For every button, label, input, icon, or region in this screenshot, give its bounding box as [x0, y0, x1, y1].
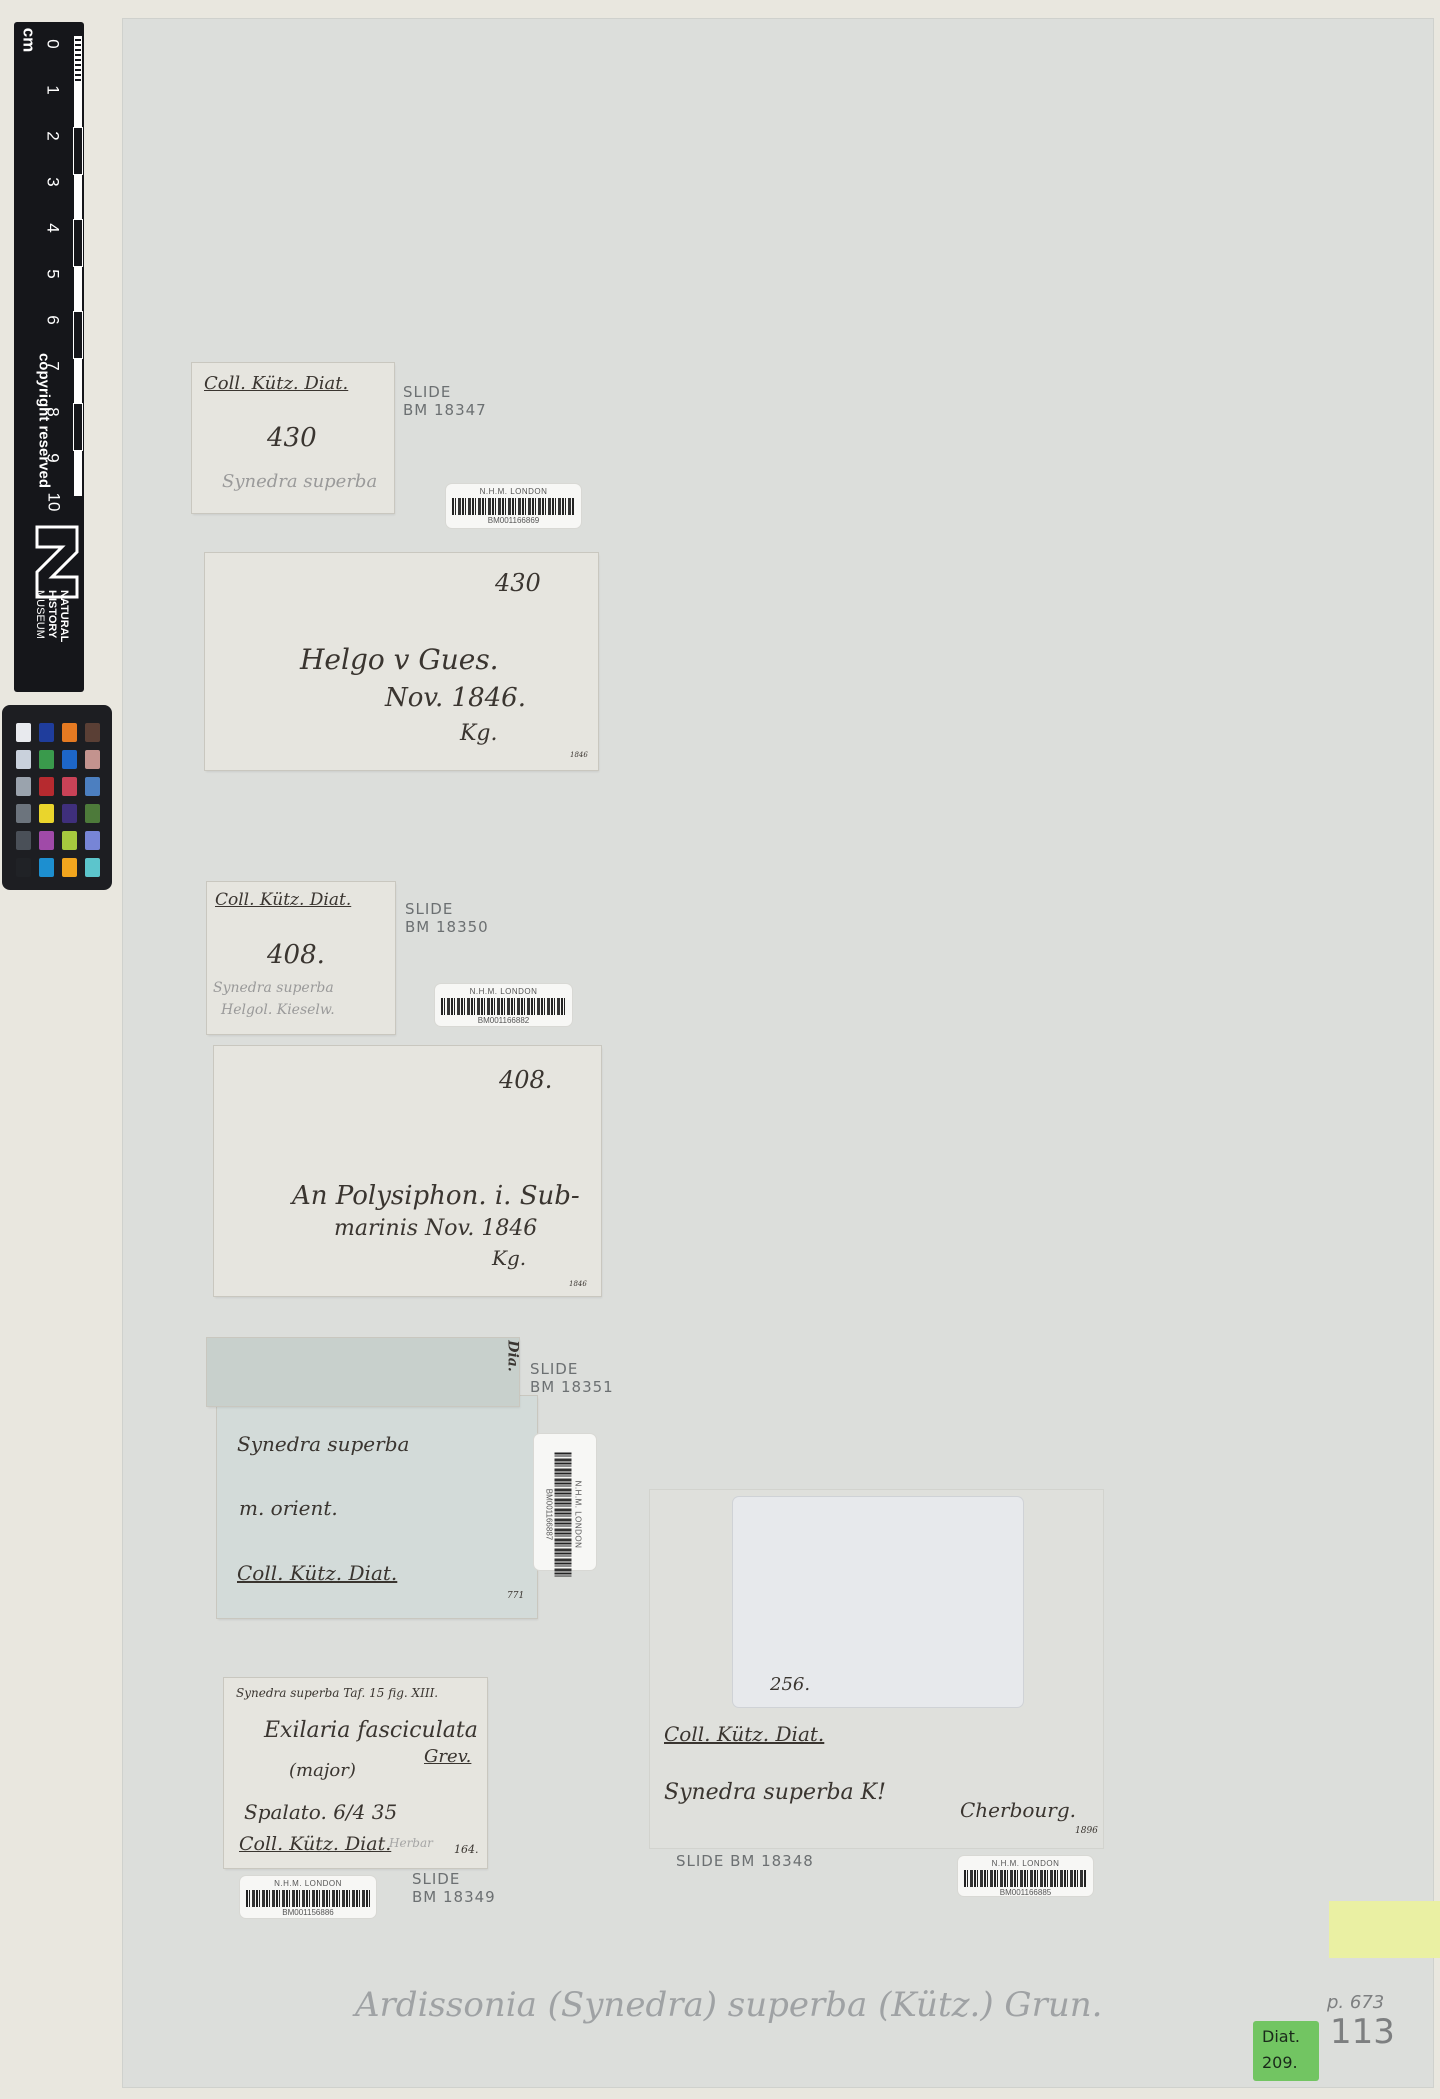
specimen-label-408-packet: 408. An Polysiphon. i. Sub- marinis Nov.…: [214, 1046, 601, 1296]
barcode-label-vertical: N.H.M. LONDONBM001166887: [534, 1434, 596, 1570]
label-fold-flap: Dia.: [207, 1338, 519, 1406]
page-note: p. 673: [1327, 1992, 1384, 2013]
barcode-label: N.H.M. LONDONBM001166882: [435, 984, 572, 1026]
slide-number-18349: SLIDEBM 18349: [412, 1870, 496, 1906]
slide-number-18351: SLIDEBM 18351: [530, 1360, 614, 1396]
cm-4: 4: [43, 223, 63, 232]
barcode-label: N.H.M. LONDONBM001166869: [446, 484, 581, 528]
cm-1: 1: [43, 85, 63, 94]
slide-number-18348: SLIDE BM 18348: [676, 1852, 814, 1870]
cm-0: 0: [43, 39, 63, 48]
cm-3: 3: [43, 177, 63, 186]
ruler-scale: [74, 36, 82, 506]
specimen-label-cherbourg: 256. Coll. Kütz. Diat. Synedra superba K…: [650, 1490, 1103, 1848]
specimen-label-408: Coll. Kütz. Diat. 408. Synedra superba H…: [207, 882, 395, 1034]
specimen-label-blue: Synedra superba m. orient. Coll. Kütz. D…: [217, 1396, 537, 1618]
determination-text: Ardissonia (Synedra) superba (Kütz.) Gru…: [355, 1985, 1102, 2025]
cm-unit-label: cm: [18, 28, 38, 53]
copyright-text: copyright reserved: [36, 321, 53, 521]
scale-ruler: cm 0 1 2 3 4 5 6 7 8 9 10 copyright rese…: [14, 22, 84, 692]
specimen-label-spalato: Synedra superba Taf. 15 fig. XIII. Exila…: [224, 1678, 487, 1868]
folder-number: 113: [1330, 2012, 1395, 2052]
color-calibration-chart: [2, 705, 112, 890]
slide-number-18347: SLIDEBM 18347: [403, 383, 487, 419]
nhm-logo-text: NATURAL HISTORY MUSEUM: [34, 590, 70, 710]
cm-5: 5: [43, 269, 63, 278]
cm-2: 2: [43, 131, 63, 140]
barcode-label: N.H.M. LONDONBM001166885: [958, 1856, 1093, 1896]
yellow-tab: [1329, 1901, 1440, 1958]
specimen-label-430-packet: 430 Helgo v Gues. Nov. 1846. Kg. 1846: [205, 553, 598, 770]
diatom-number-label: Diat. 209.: [1253, 2021, 1319, 2081]
specimen-label-430: Coll. Kütz. Diat. 430 Synedra superba: [192, 363, 394, 513]
barcode-label: N.H.M. LONDONBM001156886: [240, 1876, 376, 1918]
slide-number-18350: SLIDEBM 18350: [405, 900, 489, 936]
